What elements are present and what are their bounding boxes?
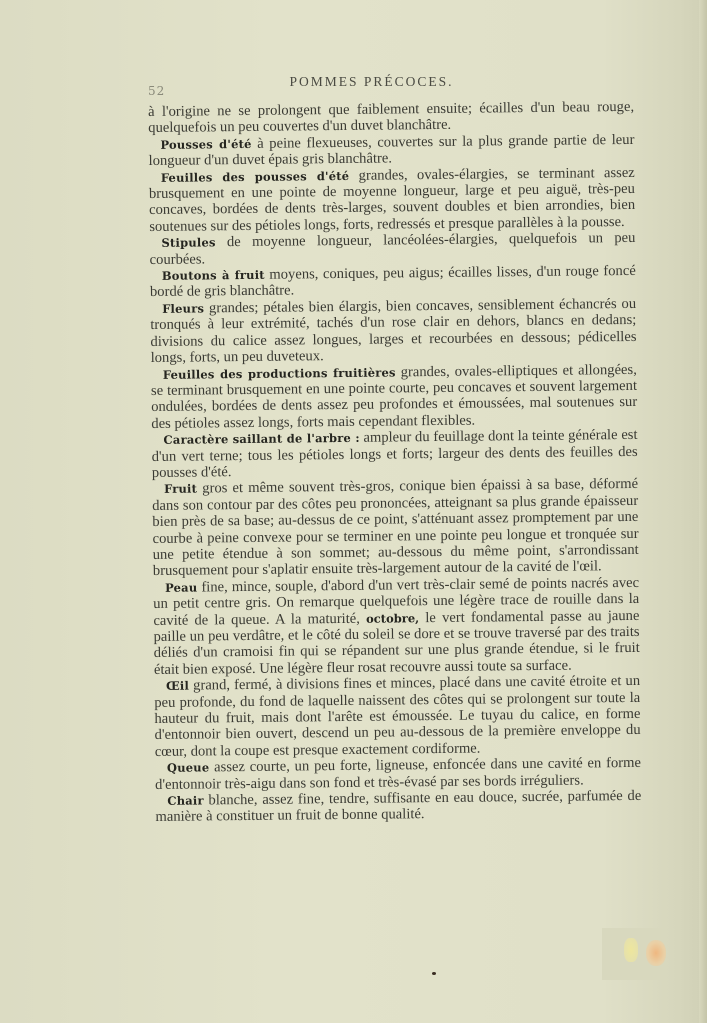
bleed-through-fruit-orange: [646, 940, 666, 966]
paragraph-feuilles-productions: Feuilles des productions fruitières gran…: [151, 361, 638, 432]
paragraph-term: Œil: [166, 679, 189, 693]
paragraph-feuilles-pousses: Feuilles des pousses d'été grandes, oval…: [149, 165, 636, 236]
paragraph-text: grand, fermé, à divisions fines et mince…: [154, 673, 640, 760]
paragraph-text: blanche, assez fine, tendre, suffisante …: [155, 788, 641, 825]
bleed-through-fruit-yellow: [624, 938, 638, 962]
running-head: POMMES PRÉCOCES.: [0, 74, 707, 90]
bleed-through-illustration: [602, 928, 674, 980]
paragraph-queue: Queue assez courte, un peu forte, ligneu…: [155, 755, 641, 793]
paragraph-text: assez courte, un peu forte, ligneuse, en…: [155, 755, 641, 792]
paragraph-boutons: Boutons à fruit moyens, coniques, peu ai…: [150, 263, 636, 301]
paragraph-term: Feuilles des pousses d'été: [161, 169, 350, 185]
paragraph-text: de moyenne longueur, lancéolées-élargies…: [150, 230, 636, 267]
paragraph-chair: Chair blanche, assez fine, tendre, suffi…: [155, 788, 641, 826]
paragraph-term: Stipules: [161, 236, 215, 251]
paragraph-term: Fruit: [164, 482, 197, 496]
paragraph-term: Caractère saillant de l'arbre :: [163, 431, 359, 447]
paragraph-text: gros et même souvent très-gros, conique …: [152, 476, 639, 579]
paragraph-term: Boutons à fruit: [162, 268, 265, 283]
paragraph-oeil: Œil grand, fermé, à divisions fines et m…: [154, 673, 641, 760]
paragraph-continuation: à l'origine ne se prolongent que faiblem…: [148, 99, 634, 137]
body-text: à l'origine ne se prolongent que faiblem…: [148, 99, 642, 826]
maturity-month: octobre,: [366, 611, 419, 626]
paragraph-term: Feuilles des productions fruitières: [163, 365, 396, 381]
paragraph-term: Peau: [165, 580, 197, 594]
paragraph-term: Chair: [167, 794, 204, 808]
paragraph-pousses-ete: Pousses d'été à peine flexueuses, couver…: [148, 132, 634, 170]
paragraph-fruit: Fruit gros et même souvent très-gros, co…: [152, 476, 639, 580]
paragraph-stipules: Stipules de moyenne longueur, lancéolées…: [149, 230, 635, 268]
paragraph-term: Pousses d'été: [160, 137, 251, 152]
scanned-page: 52 POMMES PRÉCOCES. à l'origine ne se pr…: [0, 0, 707, 1023]
paragraph-term: Queue: [167, 761, 210, 775]
paragraph-peau: Peau fine, mince, souple, d'abord d'un v…: [153, 575, 640, 679]
page-spine-shadow: [699, 0, 707, 1023]
paragraph-term: Fleurs: [162, 301, 204, 315]
paragraph-text: grandes; pétales bien élargis, bien conc…: [150, 296, 636, 366]
paragraph-text: à l'origine ne se prolongent que faiblem…: [148, 99, 634, 136]
paragraph-fleurs: Fleurs grandes; pétales bien élargis, bi…: [150, 296, 637, 367]
paragraph-caractere: Caractère saillant de l'arbre : ampleur …: [151, 427, 637, 481]
ink-speck: [432, 972, 436, 975]
